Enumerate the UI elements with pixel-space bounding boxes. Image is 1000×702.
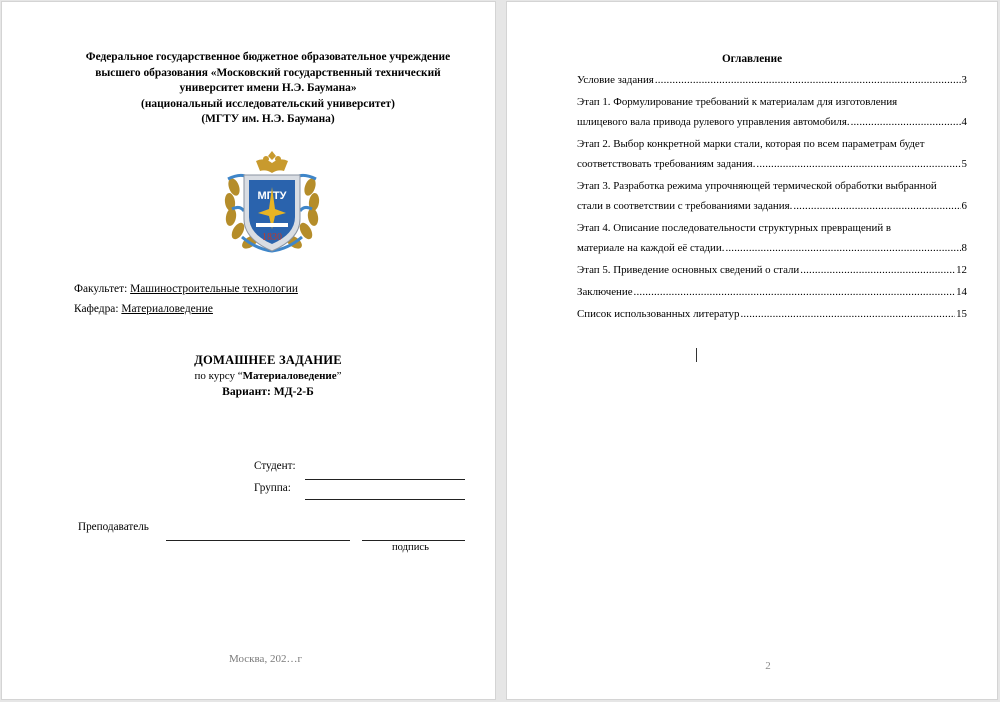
toc-entry[interactable]: Этап 3. Разработка режима упрочняющей те… <box>577 176 967 216</box>
toc-leader-dots <box>756 154 960 174</box>
toc-entry[interactable]: Этап 4. Описание последовательности стру… <box>577 218 967 258</box>
toc-leader-dots <box>851 112 961 132</box>
faculty-field: Факультет: Машиностроительные технологии <box>74 283 298 295</box>
toc-entry-text: Этап 3. Разработка режима упрочняющей те… <box>577 176 967 196</box>
table-of-contents: Условие задания3 Этап 1. Формулирование … <box>577 70 967 324</box>
toc-leader-dots <box>740 304 955 324</box>
toc-page-number: 3 <box>962 70 967 90</box>
toc-page-number: 14 <box>956 282 967 302</box>
toc-leader-dots <box>800 260 955 280</box>
institution-line: университет имени Н.Э. Баумана» <box>0 81 538 97</box>
toc-entry[interactable]: Заключение14 <box>577 282 967 302</box>
toc-leader-dots <box>725 238 960 258</box>
toc-entry-text: Этап 5. Приведение основных сведений о с… <box>577 260 799 280</box>
institution-line: высшего образования «Московский государс… <box>0 66 538 82</box>
toc-entry-text: стали в соответствии с требованиями зада… <box>577 196 792 216</box>
toc-entry-text: шлицевого вала привода рулевого управлен… <box>577 112 850 132</box>
city-year-footer: Москва, 202…г <box>229 653 302 665</box>
toc-entry-text: Заключение <box>577 282 633 302</box>
bmstu-coat-of-arms-icon: МГТУ 1830 <box>220 147 324 259</box>
group-line[interactable] <box>305 499 465 500</box>
assignment-block: ДОМАШНЕЕ ЗАДАНИЕ по курсу “Материаловеде… <box>0 352 538 400</box>
department-value: Материаловедение <box>121 303 213 315</box>
toc-entry-text: Список использованных литератур <box>577 304 739 324</box>
institution-header: Федеральное государственное бюджетное об… <box>0 50 538 128</box>
toc-entry-text: Этап 4. Описание последовательности стру… <box>577 218 967 238</box>
course-line: по курсу “Материаловедение” <box>0 369 538 384</box>
toc-entry[interactable]: Список использованных литератур 15 <box>577 304 967 324</box>
faculty-value: Машиностроительные технологии <box>130 283 298 295</box>
department-label: Кафедра: <box>74 303 119 315</box>
toc-entry-text: материале на каждой её стадии. <box>577 238 724 258</box>
assignment-title: ДОМАШНЕЕ ЗАДАНИЕ <box>0 352 538 369</box>
signature-line[interactable] <box>362 540 465 541</box>
institution-line: (национальный исследовательский универси… <box>0 97 538 113</box>
course-suffix: ” <box>337 370 342 382</box>
teacher-name-line[interactable] <box>166 540 350 541</box>
group-label: Группа: <box>254 482 291 494</box>
institution-line: Федеральное государственное бюджетное об… <box>0 50 538 66</box>
department-field: Кафедра: Материаловедение <box>74 303 213 315</box>
student-line[interactable] <box>305 479 465 480</box>
toc-entry-text: Этап 1. Формулирование требований к мате… <box>577 92 967 112</box>
toc-entry[interactable]: Этап 1. Формулирование требований к мате… <box>577 92 967 132</box>
toc-page-number: 5 <box>962 154 967 174</box>
title-page[interactable]: Федеральное государственное бюджетное об… <box>2 2 495 699</box>
toc-leader-dots <box>634 282 956 302</box>
signature-label: подпись <box>392 542 429 553</box>
toc-page-number: 12 <box>956 260 967 280</box>
toc-entry-text: Этап 2. Выбор конкретной марки стали, ко… <box>577 134 967 154</box>
toc-page-number: 6 <box>962 196 967 216</box>
toc-leader-dots <box>793 196 960 216</box>
institution-line: (МГТУ им. Н.Э. Баумана) <box>0 112 538 128</box>
toc-entry[interactable]: Условие задания3 <box>577 70 967 90</box>
faculty-label: Факультет: <box>74 283 127 295</box>
toc-entry-text: соответствовать требованиям задания. <box>577 154 755 174</box>
toc-page[interactable]: Оглавление Условие задания3 Этап 1. Форм… <box>507 2 997 699</box>
toc-page-number: 8 <box>962 238 967 258</box>
variant-line: Вариант: МД-2-Б <box>0 384 538 400</box>
toc-entry[interactable]: Этап 5. Приведение основных сведений о с… <box>577 260 967 280</box>
svg-text:1830: 1830 <box>262 232 282 243</box>
toc-entry-text: Условие задания <box>577 70 654 90</box>
teacher-label: Преподаватель <box>78 521 149 533</box>
toc-leader-dots <box>655 70 961 90</box>
text-cursor <box>696 348 697 362</box>
toc-entry[interactable]: Этап 2. Выбор конкретной марки стали, ко… <box>577 134 967 174</box>
toc-page-number: 4 <box>962 112 967 132</box>
course-prefix: по курсу “ <box>194 370 242 382</box>
toc-title: Оглавление <box>507 53 997 65</box>
page-number: 2 <box>507 660 1000 672</box>
toc-page-number: 15 <box>956 304 967 324</box>
course-name: Материаловедение <box>243 370 337 382</box>
student-label: Студент: <box>254 460 296 472</box>
